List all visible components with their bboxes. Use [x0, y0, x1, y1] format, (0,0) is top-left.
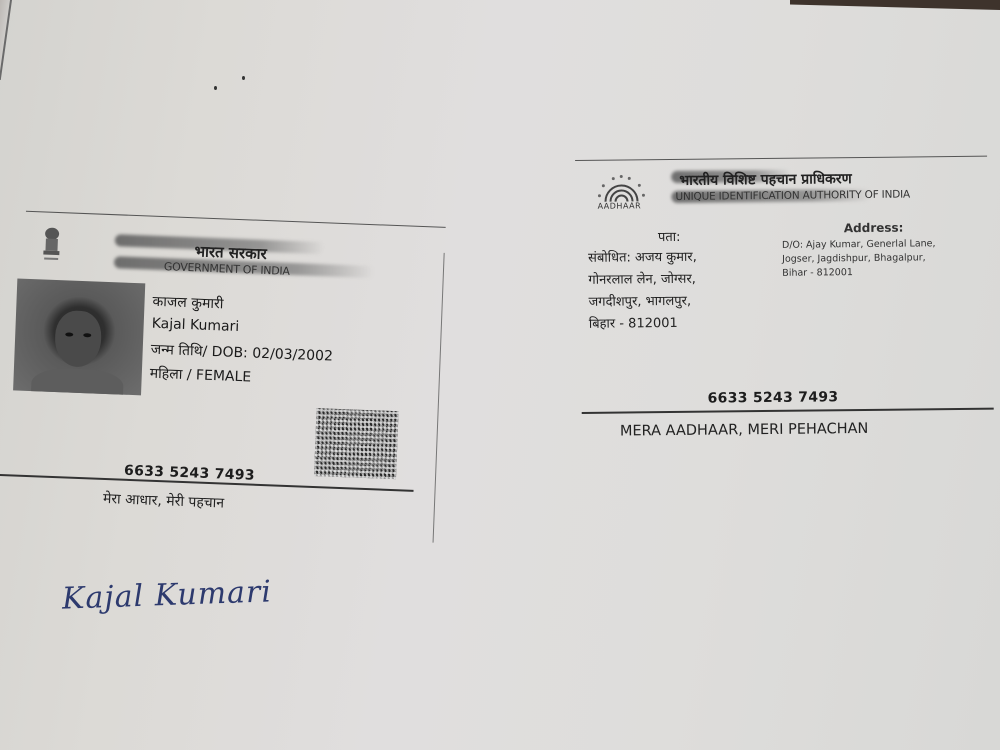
- address-line-hindi: जगदीशपुर, भागलपुर,: [588, 291, 691, 310]
- gender: महिला / FEMALE: [149, 364, 251, 387]
- paper-sheet: भारत सरकार GOVERNMENT OF INDIA काजल कुमा…: [0, 0, 1000, 750]
- address-label-hindi: पता:: [658, 227, 681, 245]
- aadhaar-logo-icon: AADHAAR: [591, 173, 651, 214]
- address-line-hindi: संबोधित: अजय कुमार,: [588, 247, 697, 266]
- address-line-english: Jogser, Jagdishpur, Bhagalpur,: [782, 252, 926, 265]
- handwritten-signature: Kajal Kumari: [61, 574, 272, 616]
- address-line-english: Bihar - 812001: [782, 267, 853, 279]
- card-border-right: [433, 253, 445, 543]
- address-line-english: D/O: Ajay Kumar, Generlal Lane,: [782, 238, 936, 251]
- national-emblem-icon: [40, 225, 63, 262]
- card-border-top: [26, 211, 446, 228]
- speck: [214, 86, 217, 90]
- speck: [242, 76, 245, 80]
- address-line-hindi: गोनरलाल लेन, जोग्सर,: [588, 269, 696, 288]
- qr-code: [314, 408, 399, 479]
- date-of-birth: जन्म तिथि/ DOB: 02/03/2002: [150, 340, 333, 366]
- table-surface: [790, 0, 1000, 10]
- portrait-photo: [13, 278, 145, 395]
- header-hindi: भारत सरकार: [194, 241, 267, 264]
- header-english: UNIQUE IDENTIFICATION AUTHORITY OF INDIA: [675, 188, 910, 202]
- address-label-english: Address:: [844, 221, 904, 236]
- aadhaar-card-back: AADHAAR भारतीय विशिष्ट पहचान प्राधिकरण U…: [575, 148, 998, 452]
- aadhaar-number: 6633 5243 7493: [708, 389, 839, 406]
- name-hindi: काजल कुमारी: [152, 292, 223, 314]
- logo-label: AADHAAR: [598, 201, 642, 210]
- name-english: Kajal Kumari: [151, 316, 239, 335]
- divider-line: [582, 408, 994, 414]
- header-hindi: भारतीय विशिष्ट पहचान प्राधिकरण: [679, 169, 852, 190]
- card-border-top: [575, 156, 987, 161]
- page-edge: [0, 0, 12, 80]
- slogan-english: MERA AADHAAR, MERI PEHACHAN: [620, 421, 869, 440]
- slogan-hindi: मेरा आधार, मेरी पहचान: [103, 489, 225, 513]
- aadhaar-card-front: भारत सरकार GOVERNMENT OF INDIA काजल कुमा…: [0, 210, 446, 547]
- address-line-hindi: बिहार - 812001: [589, 313, 678, 332]
